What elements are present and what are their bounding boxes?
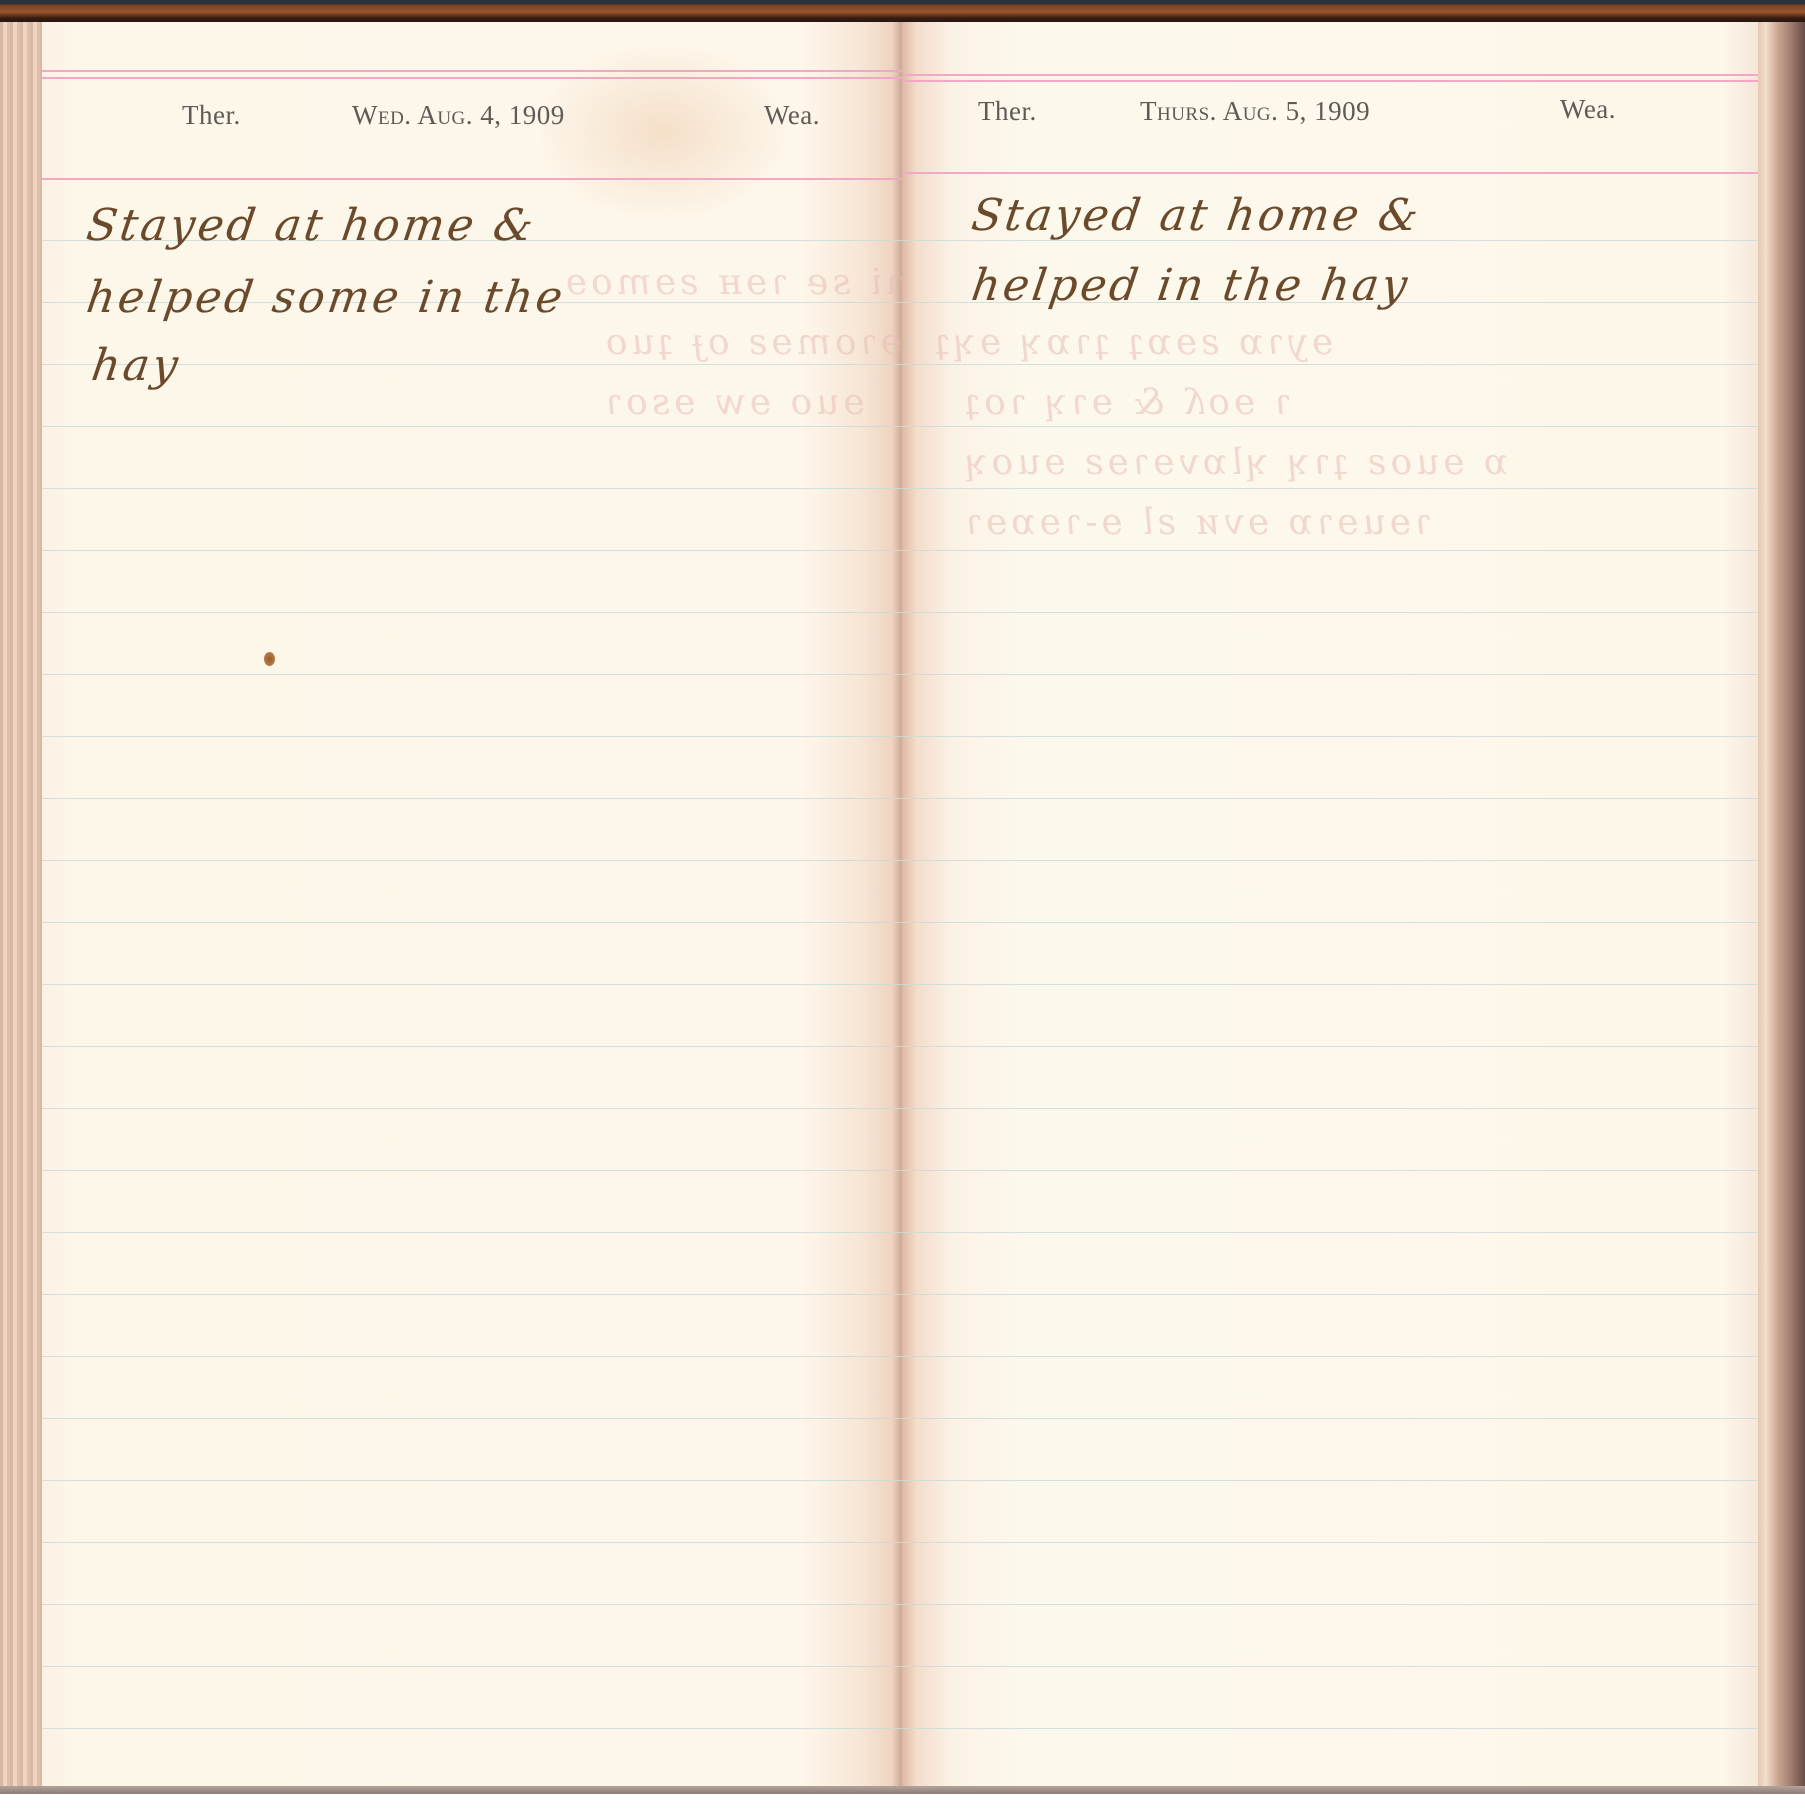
- entry-line-2: helped some in the: [83, 272, 568, 323]
- ruled-line: [42, 426, 902, 427]
- ruled-line: [902, 1108, 1758, 1109]
- ruled-line: [902, 984, 1758, 985]
- wea-label: Wea.: [764, 100, 820, 131]
- header-top-rule-second: [42, 77, 902, 79]
- bleed-through-text: ɿ ɘoʎ & ɘɿʞ ɿoʇ: [960, 382, 1294, 423]
- wea-label: Wea.: [1560, 94, 1616, 125]
- date-text: Aug. 5, 1909: [1223, 96, 1370, 126]
- ruled-line: [902, 1418, 1758, 1419]
- ruled-line: [42, 798, 902, 799]
- entry-line-1: Stayed at home &: [968, 190, 1424, 241]
- page-date-heading: Wed. Aug. 4, 1909: [352, 100, 565, 131]
- day-name: Thurs.: [1140, 96, 1217, 126]
- ruled-line: [42, 1046, 902, 1047]
- ruled-line: [42, 1108, 902, 1109]
- ruled-line: [902, 1666, 1758, 1667]
- ruled-line: [42, 1542, 902, 1543]
- bleed-through-text: ɒ ɘuoƨ ʇɿʞ ʞlɒvɘɿɘƨ ɘuoʞ: [960, 442, 1511, 483]
- ruled-line: [42, 984, 902, 985]
- header-top-rule-second: [902, 80, 1758, 82]
- bleed-through-text: ɘyɿɒ ƨɘɒʇ ʇɿɒʞ ɘʞʇ: [930, 322, 1336, 363]
- header-top-rule: [902, 74, 1758, 76]
- ruled-line: [902, 488, 1758, 489]
- ruled-line: [42, 1170, 902, 1171]
- ruled-line: [902, 736, 1758, 737]
- water-stain: [532, 42, 792, 222]
- ther-label: Ther.: [182, 100, 241, 131]
- ruled-line: [42, 612, 902, 613]
- background-margin: [0, 1794, 1805, 1809]
- ruled-line: [902, 1604, 1758, 1605]
- page-date-heading: Thurs. Aug. 5, 1909: [1140, 96, 1370, 127]
- ruled-line: [42, 1294, 902, 1295]
- entry-line-3: hay: [88, 340, 184, 391]
- ruled-line: [42, 1480, 902, 1481]
- header-bottom-rule: [902, 172, 1758, 174]
- ink-spot: [264, 652, 275, 666]
- ruled-line: [902, 364, 1758, 365]
- ruled-line: [42, 1604, 902, 1605]
- bleed-through-text: ni se̵ ɿɘʜ ƨɘmoɘ: [560, 262, 902, 303]
- left-page: Ther. Wed. Aug. 4, 1909 Wea. ni se̵ ɿɘʜ …: [42, 22, 902, 1786]
- bleed-through-text: ɘuo ɘw ɘsoɿ: [600, 382, 867, 423]
- ruled-line: [42, 1728, 902, 1729]
- bleed-through-text: ɘɘɿomɘƨ oɟ ʇuo: [600, 322, 902, 363]
- entry-line-1: Stayed at home &: [83, 200, 539, 251]
- ruled-line: [42, 550, 902, 551]
- right-page: Ther. Thurs. Aug. 5, 1909 Wea. ɘyɿɒ ƨɘɒʇ…: [902, 22, 1758, 1786]
- ruled-line: [42, 736, 902, 737]
- header-top-rule: [42, 70, 902, 72]
- ther-label: Ther.: [978, 96, 1037, 127]
- ruled-line: [902, 1480, 1758, 1481]
- ruled-line: [902, 550, 1758, 551]
- ruled-line: [902, 1232, 1758, 1233]
- ruled-line: [42, 488, 902, 489]
- book-bottom-edge: [0, 1786, 1805, 1794]
- page-edges-left: [0, 22, 42, 1790]
- book-cover-top-edge: [0, 0, 1805, 24]
- ruled-line: [902, 612, 1758, 613]
- ruled-line: [902, 426, 1758, 427]
- ruled-line: [902, 674, 1758, 675]
- ruled-line: [902, 860, 1758, 861]
- day-name: Wed.: [352, 100, 412, 130]
- ruled-line: [902, 1046, 1758, 1047]
- page-edges-right: [1758, 22, 1805, 1790]
- ruled-line: [902, 1170, 1758, 1171]
- ruled-line: [902, 798, 1758, 799]
- date-text: Aug. 4, 1909: [417, 100, 564, 130]
- ruled-line: [42, 1418, 902, 1419]
- ruled-line: [42, 1232, 902, 1233]
- ruled-line: [902, 1542, 1758, 1543]
- ruled-line: [42, 674, 902, 675]
- ruled-line: [902, 1356, 1758, 1357]
- header-bottom-rule: [42, 178, 902, 180]
- ruled-line: [42, 860, 902, 861]
- ruled-line: [42, 922, 902, 923]
- ruled-line: [902, 922, 1758, 923]
- ruled-line: [42, 1356, 902, 1357]
- ruled-line: [902, 1294, 1758, 1295]
- entry-line-2: helped in the hay: [968, 260, 1413, 311]
- bleed-through-text: ɿɘuɘɿɒ ɘvᴎ ƨl ɘ-ɿɘɒɘɿ: [960, 502, 1434, 543]
- ruled-line: [42, 1666, 902, 1667]
- ruled-line: [902, 1728, 1758, 1729]
